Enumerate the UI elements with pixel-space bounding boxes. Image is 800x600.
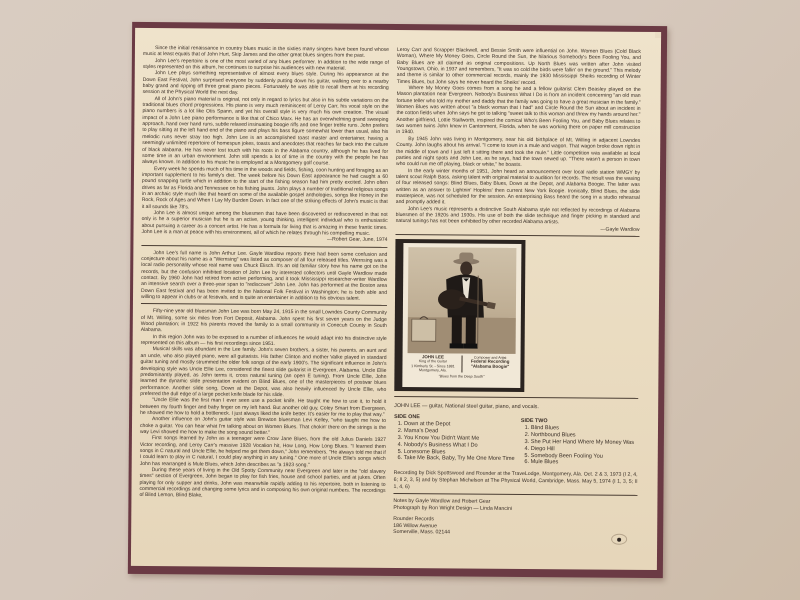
paragraph: "Uncle Ellie was the first man I ever se…	[140, 397, 386, 418]
divider	[141, 245, 387, 248]
label-address: Rounder Records 186 Willow Avenue Somerv…	[393, 516, 637, 538]
paragraph: Leroy Carr and Scrapper Blackwell, and B…	[397, 47, 641, 87]
paragraph: Another influence on John's guitar style…	[140, 416, 386, 437]
track: Mule Blues	[531, 459, 638, 467]
paragraph: John Lee's music represents a distinctiv…	[396, 206, 640, 227]
side-two: SIDE TWO Blind Blues Northbound Blues Sh…	[521, 418, 638, 467]
paragraph: Where My Money Goes comes from a song he…	[396, 85, 640, 138]
caption-tagline: "Blues from the Deep South"	[406, 374, 516, 379]
paragraph: John Lee plays something representative …	[143, 70, 389, 97]
paragraph: During these years of living in the Old …	[139, 467, 385, 501]
paragraph: First songs learned by John as a teenage…	[140, 435, 386, 469]
liner-notes-section-2: John Lee's full name is John Arthur Lee.…	[141, 250, 387, 303]
paragraph: John Lee is almost unique among the blue…	[142, 210, 388, 237]
photo-caption: JOHN LEE King of the Guitar 1 Kimberly S…	[406, 355, 516, 379]
signature-gayle-wardlow: —Gayle Wardlow	[396, 225, 640, 233]
paragraph: All of John's piano material is original…	[142, 96, 389, 168]
caption-divider	[461, 355, 462, 372]
artist-photo	[408, 247, 517, 354]
recording-info: Recording by Dick Spottswood and Rounder…	[394, 470, 638, 492]
caption-song: "Alabama Boogie"	[464, 364, 517, 369]
personnel: JOHN LEE — guitar, National steel guitar…	[394, 403, 638, 412]
paragraph: Fifty-nine year old bluesman John Lee wa…	[141, 308, 387, 335]
left-column: Since the initial renaissance in country…	[139, 45, 389, 501]
corner-wear	[655, 32, 661, 38]
track-listing: SIDE ONE Down at the Depot Mama's Dead Y…	[394, 414, 638, 467]
paragraph: By 1945 John was living in Montgomery, n…	[396, 136, 640, 170]
paragraph: Musical skills was abundant in the Lee f…	[140, 346, 386, 399]
photo-section: JOHN LEE King of the Guitar 1 Kimberly S…	[394, 239, 639, 395]
label-city: Somerville, Mass. 02144	[393, 529, 637, 538]
right-column: Leroy Carr and Scrapper Blackwell, and B…	[393, 47, 641, 538]
divider	[396, 234, 640, 237]
side-one: SIDE ONE Down at the Depot Mama's Dead Y…	[394, 414, 512, 466]
musician-with-guitar-illustration	[408, 247, 517, 354]
photo-design-credit: Photograph by Ron Wright Design — Linda …	[393, 505, 637, 514]
divider	[394, 396, 638, 399]
divider	[141, 303, 387, 306]
album-back-cover: Since the initial renaissance in country…	[131, 28, 661, 570]
liner-notes-section-1: Since the initial renaissance in country…	[141, 45, 389, 244]
paragraph: Every week he spends much of his time in…	[142, 166, 388, 212]
liner-notes-essay: Leroy Carr and Scrapper Blackwell, and B…	[396, 47, 641, 233]
record-jacket: Since the initial renaissance in country…	[128, 22, 667, 578]
eye-logo-icon	[611, 534, 627, 545]
caption-address: 1 Kimberly St. - Since 1881 Montgomery, …	[406, 364, 459, 373]
promo-photo-card: JOHN LEE King of the Guitar 1 Kimberly S…	[394, 239, 525, 392]
liner-notes-section-3: Fifty-nine year old bluesman John Lee wa…	[139, 308, 386, 500]
promo-photo-frame: JOHN LEE King of the Guitar 1 Kimberly S…	[402, 243, 521, 388]
track: Take Me Back, Baby, Try Me One More Time	[404, 455, 511, 463]
paragraph: John Lee's full name is John Arthur Lee.…	[141, 250, 387, 303]
paragraph: In the early winter months of 1951, John…	[396, 168, 640, 208]
divider	[393, 493, 637, 496]
signature-robert-gear: —Robert Gear, June, 1974	[141, 235, 387, 243]
